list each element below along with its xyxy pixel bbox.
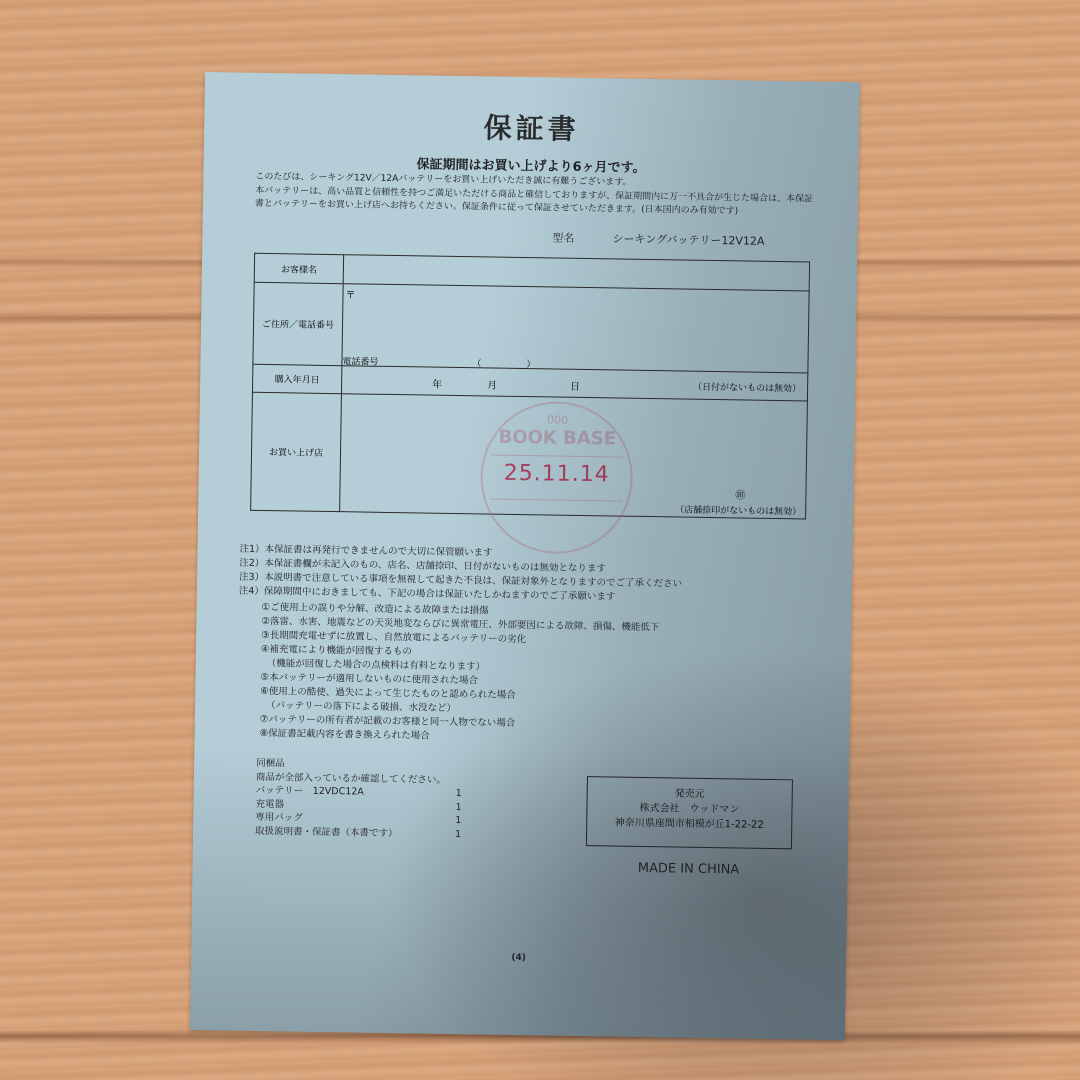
origin-label: MADE IN CHINA (585, 860, 791, 878)
seller-address: 神奈川県座間市相模が丘1-22-22 (587, 815, 791, 833)
stamp-top-text: 000 (483, 412, 631, 427)
package-item: 取扱説明書・保証書（本書です）1 (255, 824, 461, 841)
package-contents: 同梱品 商品が全部入っているか確認してください。 バッテリー 12VDC12A1… (255, 757, 462, 841)
seal-mark: ㊞ (735, 486, 745, 501)
seller-box: 発売元 株式会社 ウッドマン 神奈川県座間市相模が丘1-22-22 (586, 776, 793, 849)
purchase-date-label: 購入年月日 (252, 364, 341, 393)
warranty-card: 保証書 保証期間はお買い上げより6ヶ月です。 このたびは、シーキング12V／12… (190, 72, 860, 1040)
shop-field[interactable]: 000 BOOK BASE 25.11.14 ㊞ （店舗捺印がないものは無効） (340, 394, 808, 519)
date-note: （日付がないものは無効） (693, 380, 801, 395)
postal-mark: 〒 (345, 286, 355, 301)
model-value: シーキングバッテリー12V12A (612, 230, 764, 248)
warranty-form: お客様名 ご住所／電話番号 〒 電話番号 （ ） 購入年月日 年 月 日 （日付… (250, 253, 810, 520)
shop-label: お買い上げ店 (251, 392, 342, 511)
stamp-date: 25.11.14 (483, 460, 631, 487)
address-field[interactable]: 〒 電話番号 （ ） (342, 284, 809, 373)
day-label: 日 (570, 378, 580, 393)
customer-name-label: お客様名 (254, 253, 343, 283)
model-label: 型名 (552, 229, 574, 245)
address-label: ご住所／電話番号 (253, 282, 343, 365)
exclusions-list: ①ご使用上の誤りや分解、改造による故障または損傷 ②落雷、水害、地震などの天災地… (259, 601, 659, 747)
shop-stamp: 000 BOOK BASE 25.11.14 (479, 400, 633, 554)
stamp-divider (490, 499, 622, 502)
stamp-shop-name: BOOK BASE (483, 426, 631, 449)
shop-note: （店舗捺印がないものは無効） (675, 502, 801, 517)
notes-list: 注1）本保証書は再発行できませんので大切に保管願います 注2）本保証書欄が未記入… (239, 543, 683, 606)
warranty-paragraph: 本バッテリーは、高い品質と信頼性を持つご満足いただける商品と確信しておりますが、… (255, 185, 815, 219)
document-title: 保証書 (204, 102, 860, 152)
stamp-divider (491, 455, 623, 458)
page-number: (4) (191, 948, 846, 968)
year-label: 年 (432, 376, 442, 391)
month-label: 月 (487, 376, 497, 391)
